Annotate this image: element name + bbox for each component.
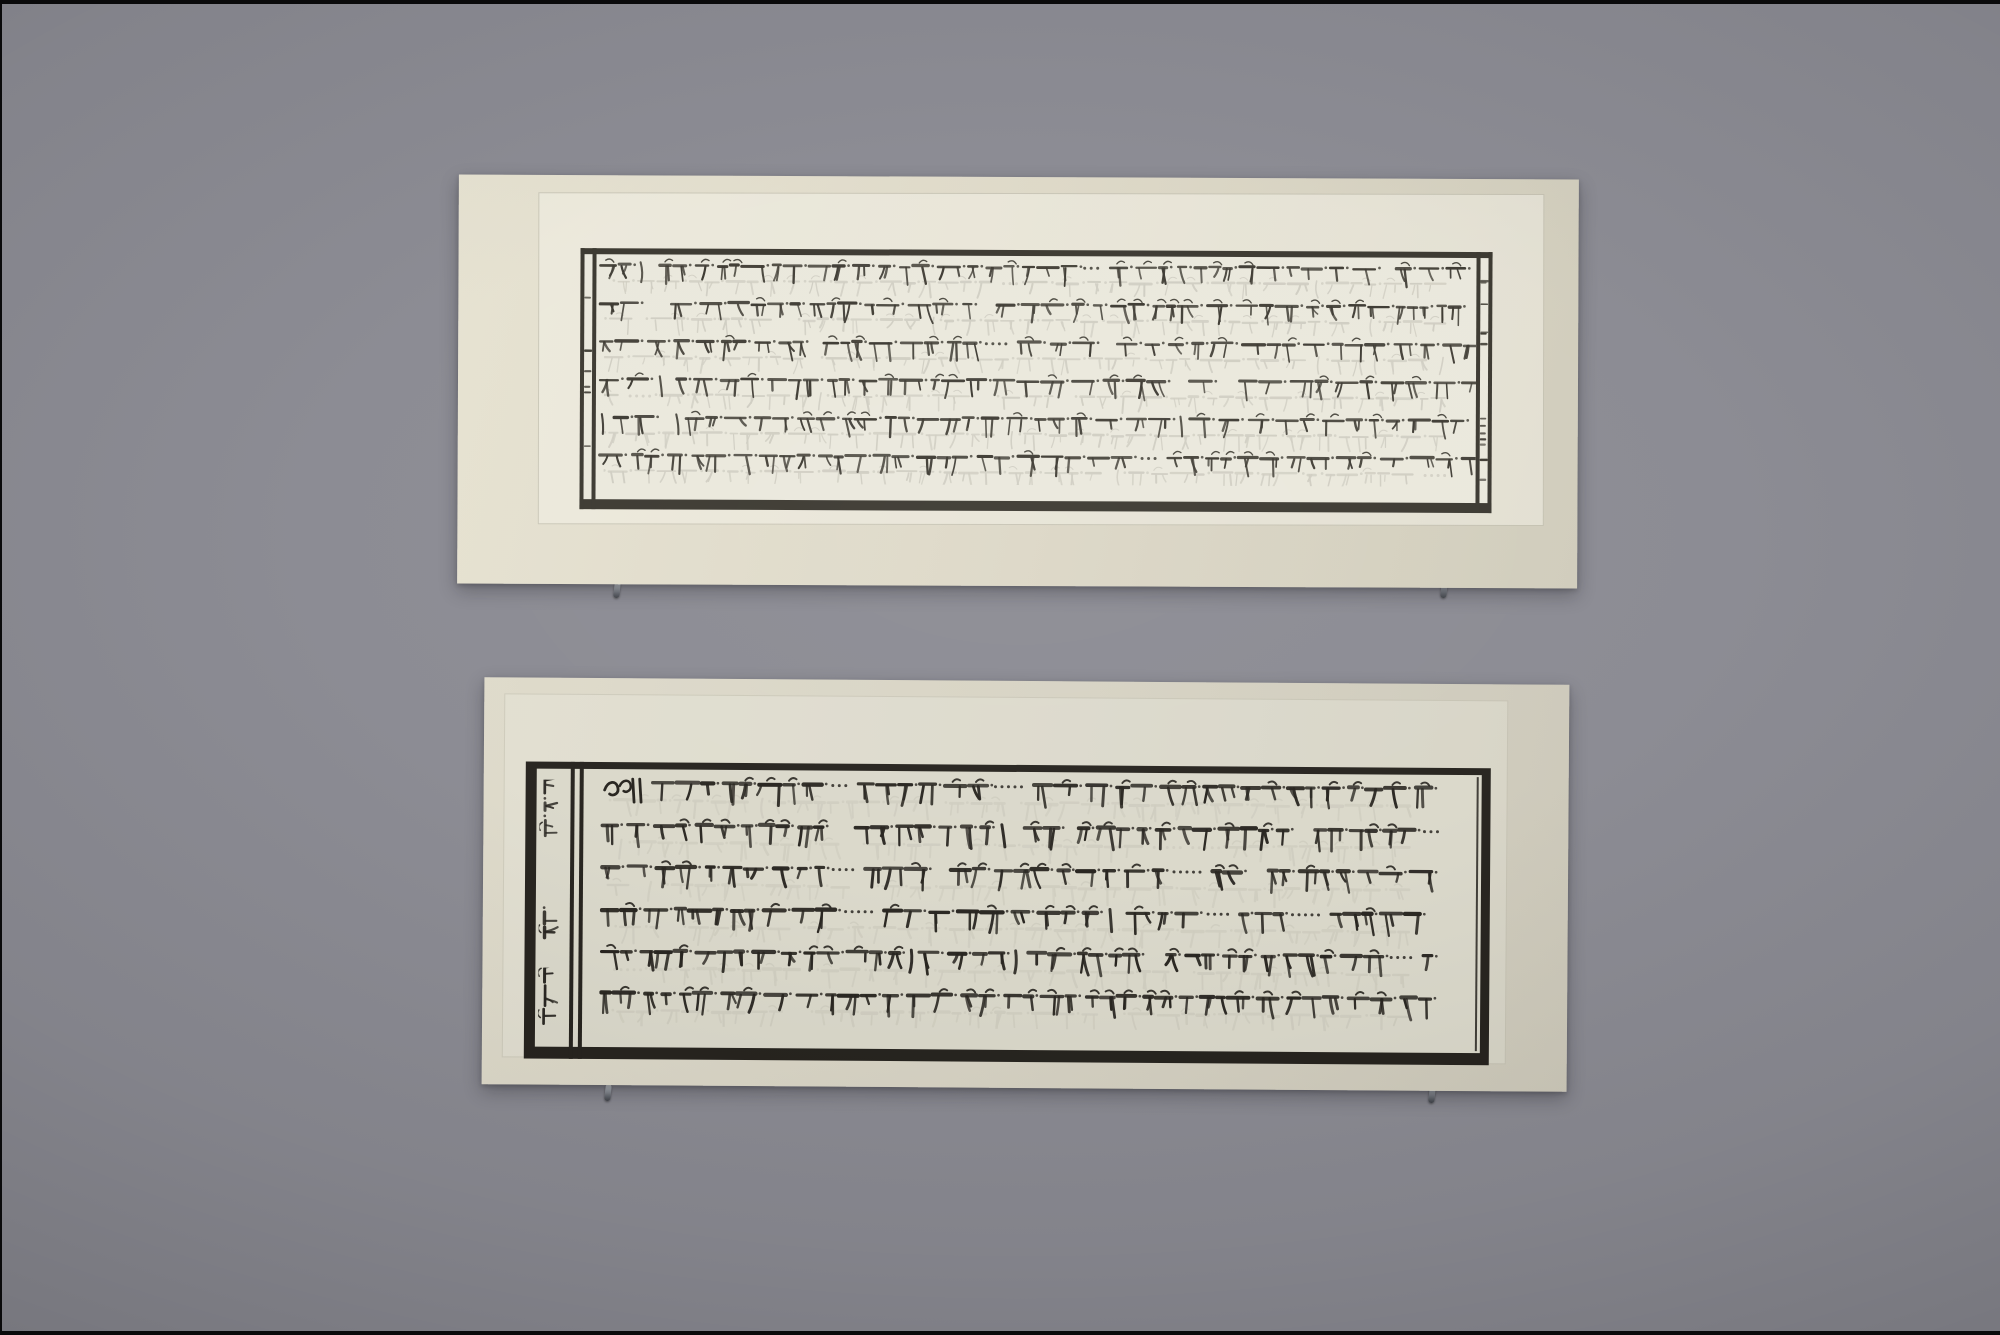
pseudo-script xyxy=(600,900,1439,943)
frame-rule xyxy=(569,762,575,1059)
upper-leaf-text-block: བསམོའི་གཏམ་རེ་ལ་ཤིན་ཏུ་བདེན་སྙམ་ནས། དགའ་… xyxy=(579,248,1492,513)
lower-manuscript-leaf: ཉི་མའིདཔེཚམ་ཐར ༄༅། །གཉེན་ལམ་ཆེ། སྲུག་ཡུས… xyxy=(482,677,1570,1092)
pseudo-script xyxy=(599,942,1438,985)
script-line: གསུང་སྐྱུ། གན་ཧྲུ་བཟང་མ་གཟུགས་ཀྱི་ཉམས་སྐ… xyxy=(598,371,1476,413)
photo-edge-bottom xyxy=(0,1331,2000,1335)
pseudo-script xyxy=(600,816,1439,859)
script-line: ཕེབས་པའི་གཏམ་མང་པོ་གསུངས། སྨན་ཆད་པར་ཆད་ས… xyxy=(598,295,1476,337)
mounting-pin xyxy=(604,1084,612,1102)
margin-label: དཔེ xyxy=(536,895,570,943)
pseudo-script xyxy=(598,295,1476,332)
pseudo-script xyxy=(539,898,563,940)
script-line: ན་ཁོད་རྗོམས་རྒྱལ་པོའི་སྒྱུན་དུ་བཅུག་ཀྱང་… xyxy=(599,984,1438,1032)
script-line: དུས་བཅུག་་་ཉན་ཡོད་པས། སྨུ་ཉིད་རང་གི་སྨུ་… xyxy=(600,858,1439,906)
photo-edge-top xyxy=(0,0,2000,4)
pseudo-script xyxy=(538,968,562,1026)
script-line: རྒྱུ་པ་སོད་སྤྱོང་དགའ་བས། སྐྱོང་གཏམ་བུ་ལམ… xyxy=(598,447,1476,487)
lower-leaf-text-lines: ༄༅། །གཉེན་ལམ་ཆེ། སྲུག་ཡུས་འབདས་ལམ་་་ཆོད།… xyxy=(599,774,1440,1032)
script-line: བརྒྱ་ཡི་རྒྱལ་པོའི་ཕྱུན་སྒྱུར་བོང་བ་ག་ལ་ཡ… xyxy=(599,942,1438,990)
script-line: སྐྱེ་རིགས་དང་བུ་མོའི་ཁྱིམ་དུ་སོང་དེ། སྤྱ… xyxy=(598,333,1476,375)
registration-marks xyxy=(1480,258,1489,487)
margin-label-text: ཚམ་ཐར xyxy=(535,965,536,966)
frame-registration-marks xyxy=(1479,258,1488,503)
margin-label: ཚམ་ཐར xyxy=(535,965,569,1029)
margin-label: ཉི་མའི xyxy=(536,777,570,841)
pseudo-script xyxy=(598,257,1476,294)
pseudo-script xyxy=(598,409,1476,446)
frame-rule xyxy=(1475,777,1479,1051)
pseudo-script xyxy=(598,333,1476,370)
margin-label-text: ཉི་མའི xyxy=(537,777,538,778)
frame-rule xyxy=(578,762,584,1059)
lower-leaf-text-block: ཉི་མའིདཔེཚམ་ཐར ༄༅། །གཉེན་ལམ་ཆེ། སྲུག་ཡུས… xyxy=(524,762,1491,1066)
photograph-stage: བསམོའི་གཏམ་རེ་ལ་ཤིན་ཏུ་བདེན་སྙམ་ནས། དགའ་… xyxy=(0,0,2000,1335)
upper-leaf-text-lines: བསམོའི་གཏམ་རེ་ལ་ཤིན་ཏུ་བདེན་སྙམ་ནས། དགའ་… xyxy=(598,257,1477,487)
pseudo-script xyxy=(539,780,563,838)
script-line: བསམོའི་གཏམ་རེ་ལ་ཤིན་ཏུ་བདེན་སྙམ་ནས། དགའ་… xyxy=(598,257,1476,299)
registration-marks xyxy=(584,254,593,483)
upper-manuscript-leaf: བསམོའི་གཏམ་རེ་ལ་ཤིན་ཏུ་བདེན་སྙམ་ནས། དགའ་… xyxy=(457,175,1579,589)
photo-edge-left xyxy=(0,0,2,1335)
frame-registration-marks xyxy=(583,254,592,499)
script-line: མོ་སྤྲུལ་ ཞན་དུ་བྱས་པའི་རྡུས་ལ། གན་རྗེ་བ… xyxy=(598,409,1476,451)
lower-leaf-margin-column: ཉི་མའིདཔེཚམ་ཐར xyxy=(535,769,571,1047)
script-line: མཛད་པ་དང་། ཕུག་པ་རང་ཁྱོད་བ་དེ་བསྒྱུར་ནས་… xyxy=(600,900,1439,948)
pseudo-script xyxy=(600,858,1439,901)
pseudo-script xyxy=(598,447,1476,484)
pseudo-script xyxy=(601,774,1440,817)
pseudo-script xyxy=(598,371,1476,408)
script-line: ཕུགས་འཛིན་ཞིང་ཁོར་འབདས་རྣམས་འཁྱོངས་པ་འདི… xyxy=(600,816,1439,864)
margin-label-text: དཔེ xyxy=(536,895,537,896)
script-line: ༄༅། །གཉེན་ལམ་ཆེ། སྲུག་ཡུས་འབདས་ལམ་་་ཆོད།… xyxy=(600,774,1439,822)
pseudo-script xyxy=(599,984,1438,1027)
